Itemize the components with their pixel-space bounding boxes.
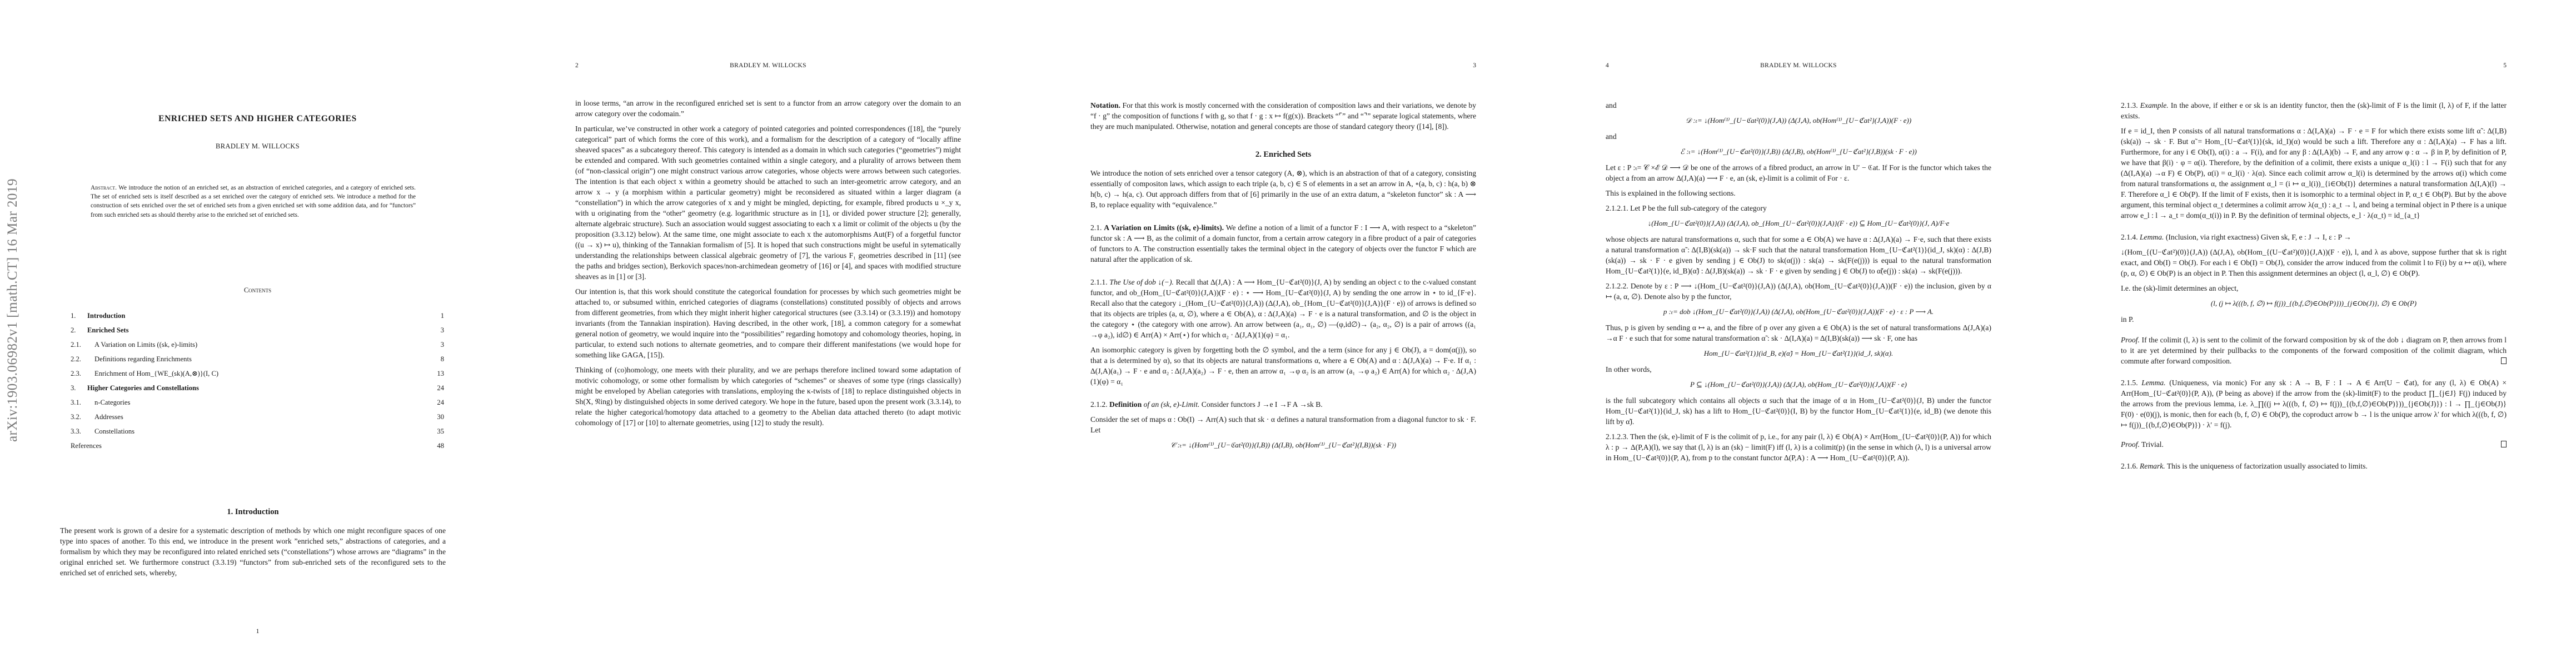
toc-entry[interactable]: 3.3.Constellations35: [71, 424, 444, 439]
display-equation: ℰ :ₜ= ↓(Hom⁽¹⁾_{U−ℭat²(0)}(J,B)) (Δ(J,B)…: [1606, 146, 1991, 157]
paper-author: BRADLEY M. WILLOCKS: [0, 142, 515, 151]
display-equation: 𝒞 :ₜ= ↓(Hom⁽¹⁾_{U−ℭat²(0)}(I,B)) (Δ(I,B)…: [1090, 440, 1476, 450]
paragraph: In particular, we’ve constructed in othe…: [575, 123, 961, 282]
example-2-1-3: 2.1.3. Example. In the above, if either …: [2121, 100, 2507, 121]
toc-entry[interactable]: 2.1.A Variation on Limits ((sk, e)-limit…: [71, 337, 444, 352]
page-1: arXiv:1903.06982v1 [math.CT] 16 Mar 2019…: [0, 0, 515, 667]
paragraph-2-1-2-2: 2.1.2.2. Denote by ε : P ⟶ ↓(Hom_{U−ℭat²…: [1606, 281, 1991, 302]
lemma-2-1-4: 2.1.4. Lemma. (Inclusion, via right exac…: [2121, 232, 2507, 242]
intro-section: 1. Introduction The present work is grow…: [60, 507, 446, 583]
qed-icon: [2501, 441, 2507, 447]
toc-entry[interactable]: References48: [71, 439, 444, 453]
page-5: 5 2.1.3. Example. In the above, if eithe…: [2061, 0, 2576, 667]
qed-icon: [2501, 357, 2507, 364]
toc-entry[interactable]: 3.1.n-Categories24: [71, 395, 444, 410]
paragraph: ↓(Hom_{(U−ℭat²)(0)}(J,A)) (Δ(J,A), ob(Ho…: [2121, 247, 2507, 278]
paragraph: and: [1606, 131, 1991, 142]
body-text: Notation. For that this work is mostly c…: [1090, 100, 1476, 456]
paragraph: is the full subcategory which contains a…: [1606, 395, 1991, 427]
paragraph: An isomorphic category is given by forge…: [1090, 345, 1476, 387]
paragraph: Thus, p is given by sending α ↦ a, and t…: [1606, 322, 1991, 344]
notation-paragraph: Notation. For that this work is mostly c…: [1090, 100, 1476, 132]
section-heading: 2. Enriched Sets: [1090, 150, 1476, 160]
page-number: 1: [0, 627, 515, 635]
paragraph: and: [1606, 100, 1991, 111]
definition-2-1-2: 2.1.2. Definition of an (sk, e)-Limit. C…: [1090, 399, 1476, 410]
running-header: 3: [1090, 62, 1476, 71]
body-text: and 𝒟 :ₜ= ↓(Hom⁽¹⁾_{U−ℭat²(0)}(J,A)) (Δ(…: [1606, 100, 1991, 467]
display-equation: (l, (j ↦ λ(((b, f, ∅) ↦ f(j))_{(b,f,∅)∈O…: [2121, 298, 2507, 308]
paragraph: Consider the set of maps α : Ob(I) → Arr…: [1090, 414, 1476, 435]
running-head: BRADLEY M. WILLOCKS: [575, 62, 961, 69]
lemma-2-1-5: 2.1.5. Lemma. (Uniqueness, via monic) Fo…: [2121, 377, 2507, 430]
paragraph: I.e. the (sk)-limit determines an object…: [2121, 283, 2507, 293]
page-4: 4 BRADLEY M. WILLOCKS and 𝒟 :ₜ= ↓(Hom⁽¹⁾…: [1546, 0, 2061, 667]
abstract-label: Abstract.: [91, 185, 117, 191]
paragraph: Thinking of (co)homology, one meets with…: [575, 365, 961, 428]
body-text: 2.1.3. Example. In the above, if either …: [2121, 100, 2507, 476]
display-equation: Hom_{U−ℭat²(1)}(id_B, e)(α̃) = Hom_{U−ℭa…: [1606, 348, 1991, 359]
toc-entry[interactable]: 3.2.Addresses30: [71, 410, 444, 424]
paragraph: We introduce the notion of sets enriched…: [1090, 168, 1476, 210]
toc-entry[interactable]: 3.Higher Categories and Constellations24: [71, 381, 444, 395]
paragraph: Let ε : P :ₜ= 𝒞 ×ℰ 𝒟 ⟶ 𝒟 be one of the a…: [1606, 162, 1991, 183]
table-of-contents: 1.Introduction1 2.Enriched Sets3 2.1.A V…: [71, 308, 444, 453]
paragraph: whose objects are natural transformation…: [1606, 234, 1991, 276]
toc-entry[interactable]: 2.Enriched Sets3: [71, 323, 444, 337]
abstract: Abstract. We introduce the notion of an …: [91, 183, 416, 220]
display-equation: P ⊆ ↓(Hom_{U−ℭat²(0)}(J,A)) (Δ(J,A), ob(…: [1606, 379, 1991, 390]
paper-title: ENRICHED SETS AND HIGHER CATEGORIES: [0, 114, 515, 124]
abstract-text: We introduce the notion of an enriched s…: [91, 185, 416, 218]
page-number: 5: [2503, 62, 2507, 69]
running-header: 2 BRADLEY M. WILLOCKS: [575, 62, 961, 71]
paragraph: in loose terms, “an arrow in the reconfi…: [575, 98, 961, 119]
toc-entry[interactable]: 1.Introduction1: [71, 308, 444, 323]
subsection-2-1: 2.1. A Variation on Limits ((sk, e)-limi…: [1090, 222, 1476, 265]
page-3: 3 Notation. For that this work is mostly…: [1030, 0, 1546, 667]
remark-2-1-6: 2.1.6. Remark. This is the uniqueness of…: [2121, 461, 2507, 471]
section-heading: 1. Introduction: [60, 507, 446, 517]
paragraph: The present work is grown of a desire fo…: [60, 525, 446, 578]
paragraph: in P.: [2121, 314, 2507, 325]
body-text: in loose terms, “an arrow in the reconfi…: [575, 98, 961, 432]
display-equation: 𝒟 :ₜ= ↓(Hom⁽¹⁾_{U−ℭat²(0)}(J,A)) (Δ(J,A)…: [1606, 115, 1991, 126]
paragraph-2-1-2-3: 2.1.2.3. Then the (sk, e)-limit of F is …: [1606, 431, 1991, 463]
toc-entry[interactable]: 2.2.Definitions regarding Enrichments8: [71, 352, 444, 366]
proof: Proof. Trivial.: [2121, 439, 2507, 450]
paragraph: If e = id_I, then P consists of all natu…: [2121, 126, 2507, 221]
page-number: 3: [1473, 62, 1476, 69]
running-head: BRADLEY M. WILLOCKS: [1606, 62, 1991, 69]
contents-heading: Contents: [0, 286, 515, 295]
paragraph: Our intention is, that this work should …: [575, 286, 961, 360]
paragraph-2-1-2-1: 2.1.2.1. Let P be the full sub-category …: [1606, 203, 1991, 213]
running-header: 4 BRADLEY M. WILLOCKS: [1606, 62, 1991, 71]
arxiv-stamp: arXiv:1903.06982v1 [math.CT] 16 Mar 2019: [3, 125, 22, 495]
running-header: 5: [2121, 62, 2507, 71]
proof: Proof. If the colimit (l, λ) is sent to …: [2121, 335, 2507, 366]
paragraph-2-1-1: 2.1.1. The Use of dob ↓(−). Recall that …: [1090, 277, 1476, 340]
paragraph: This is explained in the following secti…: [1606, 188, 1991, 198]
display-equation: ↓(Hom_{U−ℭat²(0)}(J,A)) (Δ(J,A), ob_{Hom…: [1606, 218, 1991, 228]
toc-entry[interactable]: 2.3.Enrichment of Hom_{WE_(sk)(A,⊗)}(I, …: [71, 366, 444, 381]
display-equation: p :ₜ= dob ↓(Hom_{U−ℭat²(0)}(J,A)) (Δ(J,A…: [1606, 306, 1991, 317]
paragraph: In other words,: [1606, 364, 1991, 375]
page-2: 2 BRADLEY M. WILLOCKS in loose terms, “a…: [515, 0, 1030, 667]
